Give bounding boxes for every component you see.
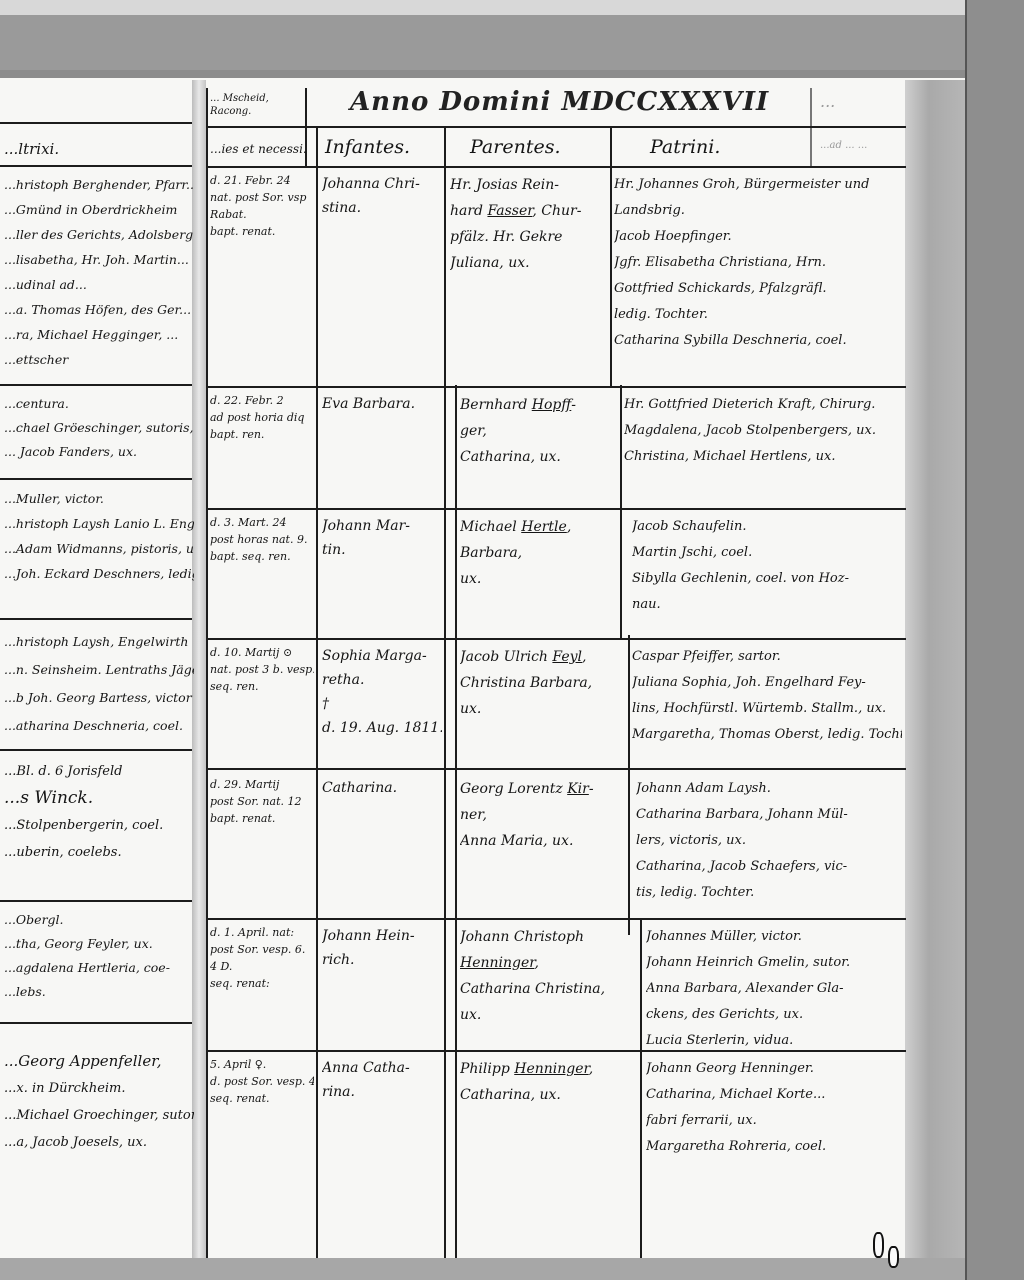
entry-parents-line: Henninger, [460,950,620,976]
entry-infant-line: Catharina. [322,776,442,800]
left-entry-7: ...Georg Appenfeller, ...x. in Dürckheim… [4,1048,194,1168]
column-rule [444,128,446,1258]
entry-date: d. 3. Mart. 24post horas nat. 9.bapt. se… [210,514,314,634]
entry-date-line: bapt. renat. [210,810,314,827]
row-rule [206,508,906,510]
entry-parents-line: Juliana, ux. [450,250,610,276]
entry-date-line: d. 22. Febr. 2 [210,392,314,409]
entry-date-line: nat. post 3 b. vesp. 11 [210,661,314,678]
entry-infant: Catharina. [322,776,442,914]
entry-infant-line: rina. [322,1080,442,1104]
entry-patrini-line: Caspar Pfeiffer, sartor. [632,644,902,670]
entry-parents: Philipp Henninger,Catharina, ux. [460,1056,620,1166]
entry-patrini-line: Landsbrig. [614,198,884,224]
entry-date-line: bapt. ren. [210,426,314,443]
entry-patrini-line: Catharina, Jacob Schaefers, vic- [636,854,906,880]
entry-patrini-line: fabri ferrarii, ux. [646,1108,916,1134]
entry-parents-line: Catharina, ux. [460,444,620,470]
entry-date-line: d. 29. Martij [210,776,314,793]
entry-parents-line: ner, [460,802,620,828]
header-rule [206,126,906,128]
entry-parents-line: Anna Maria, ux. [460,828,620,854]
row-rule [206,1050,906,1052]
entry-patrini-line: Jacob Hoepfinger. [614,224,884,250]
entry-parents-line: Georg Lorentz Kir- [460,776,620,802]
entry-date-line: ad post horia diq [210,409,314,426]
divider [0,122,192,124]
entry-infant: Eva Barbara. [322,392,442,504]
scan-shadow-band [0,15,1024,70]
row-rule [206,386,906,388]
entry-infant-line: stina. [322,196,442,220]
entry-date-line: nat. post Sor. vsp [210,189,314,206]
entry-patrini-line: Christina, Michael Hertlens, ux. [624,444,894,470]
entry-infant-line: Sophia Marga- [322,644,442,668]
left-entry-3: ...Muller, victor. ...hristoph Laysh Lan… [4,486,194,626]
entry-parents-line: Johann Christoph [460,924,620,950]
entry-patrini-line: Gottfried Schickards, Pfalzgräfl. [614,276,884,302]
entry-patrini-line: ckens, des Gerichts, ux. [646,1002,916,1028]
column-header-extra: ...ad ... ... [820,140,905,153]
entry-patrini-line: tis, ledig. Tochter. [636,880,906,906]
entry-date: d. 22. Febr. 2ad post horia diqbapt. ren… [210,392,314,504]
entry-date-line: d. 21. Febr. 24 [210,172,314,189]
entry-date-line: seq. renat. [210,1090,314,1107]
column-header-parentes: Parentes. [470,136,561,160]
divider [0,618,192,620]
entry-parents-line: Christina Barbara, [460,670,620,696]
entry-date-line: post Sor. vesp. 6. [210,941,314,958]
entry-infant-line: Anna Catha- [322,1056,442,1080]
row-rule [206,638,906,640]
entry-patrini-line: Martin Jschi, coel. [632,540,902,566]
header-top-left: ... Mscheid, Racong. [210,92,305,118]
entry-date-line: post horas nat. 9. [210,531,314,548]
column-header-dates: ...ies et necessi. [210,142,310,157]
header-top-right: ... [820,92,905,112]
entry-date-line: seq. renat: [210,975,314,992]
entry-patrini-line: lers, victoris, ux. [636,828,906,854]
entry-parents-line: Bernhard Hopff- [460,392,620,418]
entry-date: d. 10. Martij ⊙nat. post 3 b. vesp. 11se… [210,644,314,764]
divider [0,1022,192,1024]
scan-artifact [873,1232,884,1258]
entry-date-line: bapt. seq. ren. [210,548,314,565]
entry-infant-line: Eva Barbara. [322,392,442,416]
entry-parents-line: ger, [460,418,620,444]
entry-infant: Anna Catha-rina. [322,1056,442,1166]
column-rule [206,88,208,1258]
entry-patrini: Johannes Müller, victor.Johann Heinrich … [646,924,916,1046]
entry-patrini-line: Catharina, Michael Korte... [646,1082,916,1108]
left-entry-4: ...hristoph Laysh, Engelwirth ...n. Sein… [4,628,194,748]
row-rule [206,918,906,920]
entry-date-line: 4 D. [210,958,314,975]
left-entry-1: ...hristoph Berghender, Pfarr... ...Gmün… [4,172,194,382]
divider [0,165,192,167]
entry-parents-line: pfälz. Hr. Gekre [450,224,610,250]
entry-parents-line: Catharina Christina, [460,976,620,1002]
entry-infant-line: rich. [322,948,442,972]
register-year-title: Anno Domini MDCCXXXVII [350,86,769,119]
entry-date: d. 21. Febr. 24nat. post Sor. vspRabat.b… [210,172,314,382]
entry-parents-line: ux. [460,1002,620,1028]
entry-patrini: Johann Adam Laysh.Catharina Barbara, Joh… [636,776,906,914]
entry-infant: Johann Mar-tin. [322,514,442,634]
entry-date-line: Rabat. [210,206,314,223]
row-rule [206,768,906,770]
entry-parents: Bernhard Hopff-ger,Catharina, ux. [460,392,620,504]
left-entry-5: ...Bl. d. 6 Jorisfeld ...s Winck. ...Sto… [4,758,194,898]
entry-patrini-line: lins, Hochfürstl. Würtemb. Stallm., ux. [632,696,902,722]
entry-patrini-line: Johann Adam Laysh. [636,776,906,802]
entry-parents: Johann ChristophHenninger,Catharina Chri… [460,924,620,1046]
divider [0,478,192,480]
column-rule [316,128,318,1258]
entry-date-line: d. 10. Martij ⊙ [210,644,314,661]
entry-patrini-line: Johann Heinrich Gmelin, sutor. [646,950,916,976]
entry-parents: Michael Hertle,Barbara,ux. [460,514,620,634]
entry-infant-line: retha. [322,668,442,692]
entry-parents-line: Catharina, ux. [460,1082,620,1108]
left-entry-6: ...Obergl. ...tha, Georg Feyler, ux. ...… [4,908,194,1023]
entry-parents-line: Michael Hertle, [460,514,620,540]
entry-patrini: Caspar Pfeiffer, sartor.Juliana Sophia, … [632,644,902,764]
divider [0,900,192,902]
divider [0,384,192,386]
entry-patrini-line: ledig. Tochter. [614,302,884,328]
divider [0,749,192,751]
column-header-infantes: Infantes. [325,136,410,160]
entry-patrini: Johann Georg Henninger.Catharina, Michae… [646,1056,916,1166]
column-header-patrini: Patrini. [650,136,720,160]
entry-patrini-line: Anna Barbara, Alexander Gla- [646,976,916,1002]
entry-patrini-line: Juliana Sophia, Joh. Engelhard Fey- [632,670,902,696]
entry-patrini-line: Catharina Sybilla Deschneria, coel. [614,328,884,354]
entry-patrini-line: Margaretha Rohreria, coel. [646,1134,916,1160]
entry-patrini-line: Catharina Barbara, Johann Mül- [636,802,906,828]
scan-background-bottom [0,1258,965,1280]
entry-patrini-line: Hr. Gottfried Dieterich Kraft, Chirurg. [624,392,894,418]
entry-parents: Jacob Ulrich Feyl,Christina Barbara,ux. [460,644,620,764]
entry-parents-line: Philipp Henninger, [460,1056,620,1082]
entry-date-line: d. 3. Mart. 24 [210,514,314,531]
entry-patrini-line: Johannes Müller, victor. [646,924,916,950]
entry-patrini-line: Johann Georg Henninger. [646,1056,916,1082]
entry-parents-line: Barbara, [460,540,620,566]
entry-patrini-line: Sibylla Gechlenin, coel. von Hoz- [632,566,902,592]
entry-parents: Hr. Josias Rein-hard Fasser, Chur-pfälz.… [450,172,610,382]
entry-date-line: 5. April ♀. [210,1056,314,1073]
entry-patrini-line: Margaretha, Thomas Oberst, ledig. Tochte… [632,722,902,748]
column-rule [628,635,630,935]
entry-parents-line: Hr. Josias Rein- [450,172,610,198]
entry-date: d. 1. April. nat:post Sor. vesp. 6.4 D.s… [210,924,314,1046]
entry-infant-line: d. 19. Aug. 1811. [322,716,442,740]
entry-parents: Georg Lorentz Kir-ner,Anna Maria, ux. [460,776,620,914]
left-entry-2: ...centura. ...chael Gröeschinger, sutor… [4,392,194,482]
scan-background-right [965,0,1024,1280]
entry-date-line: seq. ren. [210,678,314,695]
entry-date: d. 29. Martijpost Sor. nat. 12bapt. rena… [210,776,314,914]
entry-patrini: Hr. Johannes Groh, Bürgermeister undLand… [614,172,884,382]
entry-patrini-line: nau. [632,592,902,618]
entry-patrini: Hr. Gottfried Dieterich Kraft, Chirurg.M… [624,392,894,504]
entry-patrini-line: Magdalena, Jacob Stolpenbergers, ux. [624,418,894,444]
entry-patrini-line: Hr. Johannes Groh, Bürgermeister und [614,172,884,198]
entry-date-line: post Sor. nat. 12 [210,793,314,810]
scan-artifact [888,1246,899,1268]
entry-infant: Sophia Marga-retha.†d. 19. Aug. 1811. [322,644,442,764]
book-gutter [192,80,206,1270]
entry-patrini-line: Jgfr. Elisabetha Christiana, Hrn. [614,250,884,276]
column-rule [620,385,622,640]
entry-date-line: d. 1. April. nat: [210,924,314,941]
entry-parents-line: hard Fasser, Chur- [450,198,610,224]
entry-infant-line: Johann Mar- [322,514,442,538]
entry-infant-line: † [322,692,442,716]
entry-infant: Johann Hein-rich. [322,924,442,1046]
entry-infant-line: Johann Hein- [322,924,442,948]
entry-parents-line: Jacob Ulrich Feyl, [460,644,620,670]
entry-patrini: Jacob Schaufelin.Martin Jschi, coel.Siby… [632,514,902,634]
column-rule [640,920,642,1258]
entry-parents-line: ux. [460,566,620,592]
entry-date-line: d. post Sor. vesp. 4 ♀ [210,1073,314,1090]
column-rule [810,88,812,168]
entry-patrini-line: Jacob Schaufelin. [632,514,902,540]
column-rule [455,385,457,1258]
entry-infant: Johanna Chri-stina. [322,172,442,382]
header-rule [206,166,906,168]
entry-infant-line: tin. [322,538,442,562]
entry-date-line: bapt. renat. [210,223,314,240]
left-page-header: ...ltrixi. [4,140,194,159]
entry-parents-line: ux. [460,696,620,722]
entry-date: 5. April ♀.d. post Sor. vesp. 4 ♀seq. re… [210,1056,314,1166]
entry-patrini-line: Lucia Sterlerin, vidua. [646,1028,916,1046]
entry-infant-line: Johanna Chri- [322,172,442,196]
